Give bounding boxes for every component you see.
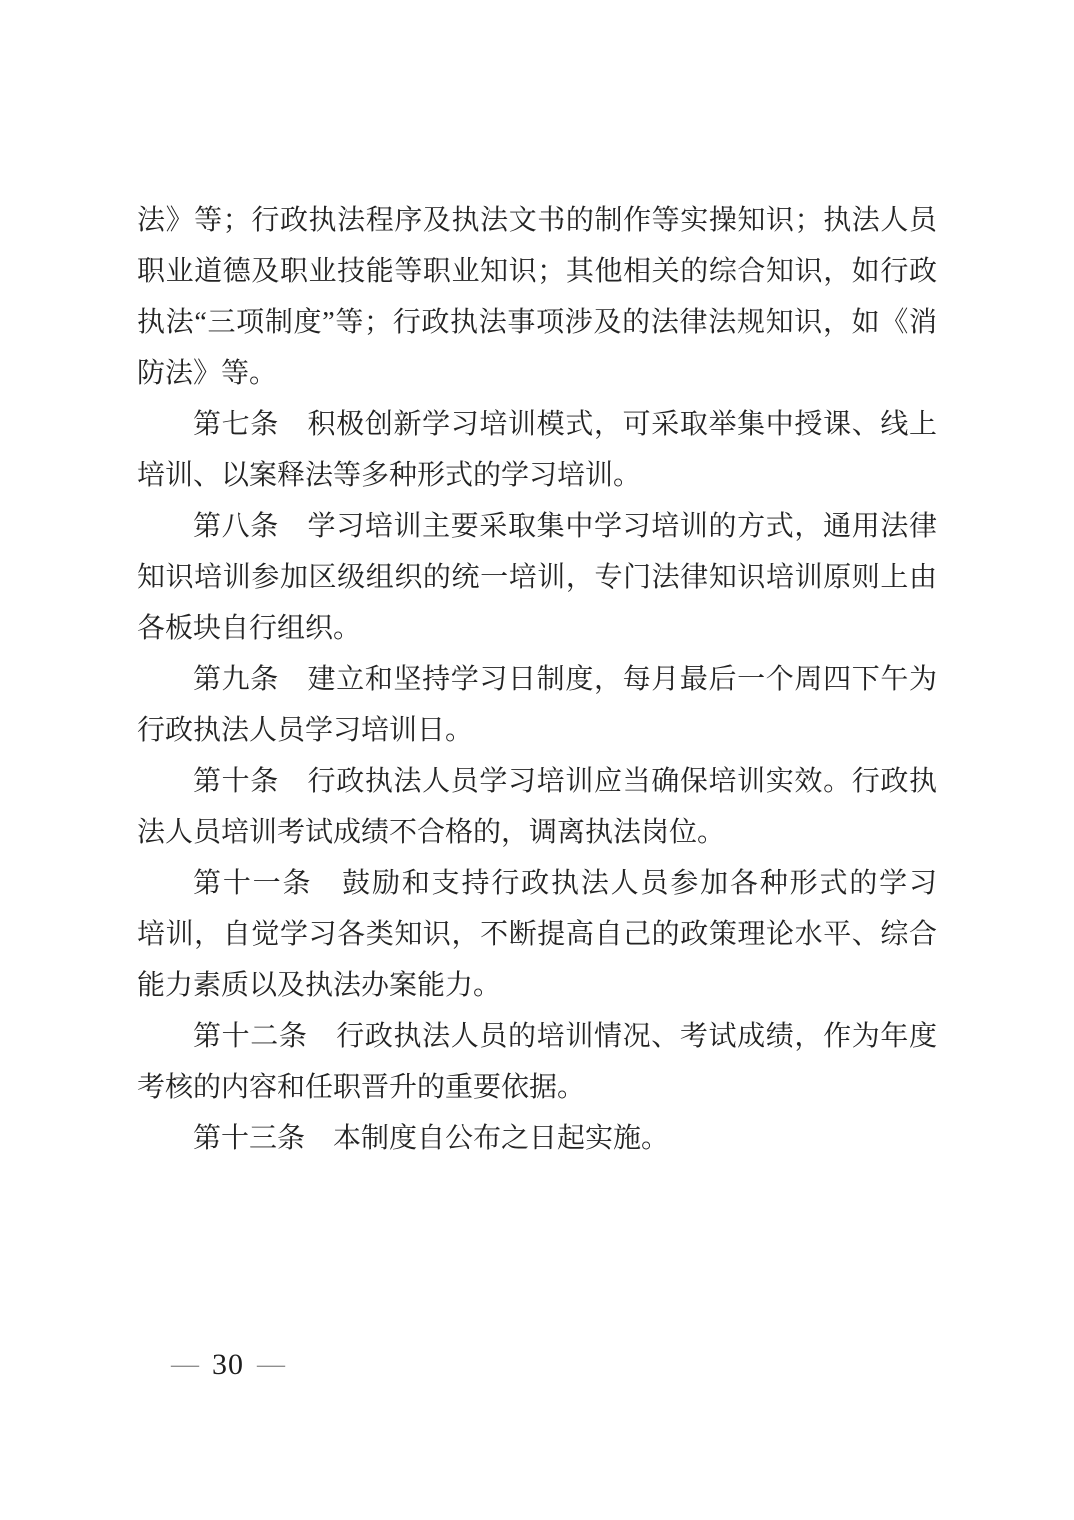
text-line: 考核的内容和任职晋升的重要依据。 bbox=[137, 1062, 937, 1113]
text-line: 第八条 学习培训主要采取集中学习培训的方式，通用法律 bbox=[137, 501, 937, 552]
text-line: 防法》等。 bbox=[137, 348, 937, 399]
text-line: 职业道德及职业技能等职业知识；其他相关的综合知识，如行政 bbox=[137, 246, 937, 297]
text-line: 能力素质以及执法办案能力。 bbox=[137, 960, 937, 1011]
text-line: 第十一条 鼓励和支持行政执法人员参加各种形式的学习 bbox=[137, 858, 937, 909]
page-footer: — 30 — bbox=[171, 1341, 285, 1389]
text-line: 法》等；行政执法程序及执法文书的制作等实操知识；执法人员 bbox=[137, 195, 937, 246]
text-line: 第十三条 本制度自公布之日起实施。 bbox=[137, 1113, 937, 1164]
document-body: 法》等；行政执法程序及执法文书的制作等实操知识；执法人员 职业道德及职业技能等职… bbox=[137, 195, 937, 1164]
text-line: 第十条 行政执法人员学习培训应当确保培训实效。行政执 bbox=[137, 756, 937, 807]
document-page: 法》等；行政执法程序及执法文书的制作等实操知识；执法人员 职业道德及职业技能等职… bbox=[0, 0, 1074, 1520]
text-line: 培训、以案释法等多种形式的学习培训。 bbox=[137, 450, 937, 501]
page-number: 30 bbox=[212, 1348, 244, 1382]
text-line: 知识培训参加区级组织的统一培训，专门法律知识培训原则上由 bbox=[137, 552, 937, 603]
text-line: 行政执法人员学习培训日。 bbox=[137, 705, 937, 756]
text-line: 培训，自觉学习各类知识，不断提高自己的政策理论水平、综合 bbox=[137, 909, 937, 960]
text-line: 法人员培训考试成绩不合格的，调离执法岗位。 bbox=[137, 807, 937, 858]
text-line: 第九条 建立和坚持学习日制度，每月最后一个周四下午为 bbox=[137, 654, 937, 705]
text-line: 各板块自行组织。 bbox=[137, 603, 937, 654]
text-line: 第十二条 行政执法人员的培训情况、考试成绩，作为年度 bbox=[137, 1011, 937, 1062]
text-line: 第七条 积极创新学习培训模式，可采取举集中授课、线上 bbox=[137, 399, 937, 450]
footer-dash-left: — bbox=[171, 1351, 199, 1379]
footer-dash-right: — bbox=[257, 1351, 285, 1379]
text-line: 执法“三项制度”等；行政执法事项涉及的法律法规知识，如《消 bbox=[137, 297, 937, 348]
